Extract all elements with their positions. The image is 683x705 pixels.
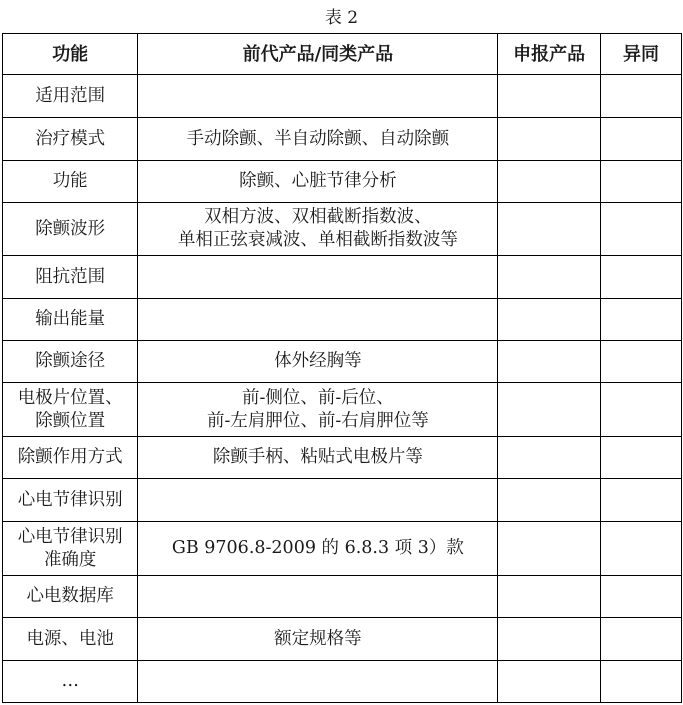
predicate-cell [138,299,498,341]
feature-cell-text: 除颤波形 [5,218,135,241]
difference-cell [600,299,681,341]
predicate-cell [138,576,498,618]
predicate-cell: 除颤、心脏节律分析 [138,161,498,203]
predicate-cell-text: 除颤、心脏节律分析 [140,170,495,193]
feature-cell: 功能 [3,161,138,203]
applied-cell [498,256,601,299]
predicate-cell-text: 除颤手柄、粘贴式电极片等 [140,446,495,469]
feature-cell-text: 除颤途径 [5,350,135,373]
header-applied-product: 申报产品 [498,34,601,75]
feature-cell: 治疗模式 [3,118,138,161]
table-row: … [3,661,682,703]
feature-cell: 除颤波形 [3,203,138,256]
feature-cell: 适用范围 [3,75,138,118]
table-row: 输出能量 [3,299,682,341]
predicate-cell-text: 额定规格等 [140,628,495,651]
feature-cell-text: 功能 [5,170,135,193]
feature-cell-text: 电源、电池 [5,628,135,651]
applied-cell [498,576,601,618]
applied-cell [498,118,601,161]
predicate-cell: 体外经胸等 [138,341,498,383]
difference-cell [600,203,681,256]
table-row: 除颤波形双相方波、双相截断指数波、 单相正弦衰减波、单相截断指数波等 [3,203,682,256]
table-row: 心电节律识别 [3,479,682,522]
feature-cell-text: 电极片位置、 除颤位置 [5,387,135,433]
feature-cell-text: 适用范围 [5,85,135,108]
feature-cell: 阻抗范围 [3,256,138,299]
difference-cell [600,383,681,437]
predicate-cell [138,256,498,299]
table-row: 阻抗范围 [3,256,682,299]
table-row: 功能除颤、心脏节律分析 [3,161,682,203]
difference-cell [600,479,681,522]
table-row: 电极片位置、 除颤位置前-侧位、前-后位、 前-左肩胛位、前-右肩胛位等 [3,383,682,437]
predicate-cell: 手动除颤、半自动除颤、自动除颤 [138,118,498,161]
predicate-cell-text: 双相方波、双相截断指数波、 单相正弦衰减波、单相截断指数波等 [140,206,495,252]
predicate-cell-text: GB 9706.8-2009 的 6.8.3 项 3）款 [140,537,495,560]
difference-cell [600,576,681,618]
difference-cell [600,522,681,576]
predicate-cell: 双相方波、双相截断指数波、 单相正弦衰减波、单相截断指数波等 [138,203,498,256]
table-row: 除颤作用方式除颤手柄、粘贴式电极片等 [3,437,682,479]
feature-cell: 除颤作用方式 [3,437,138,479]
feature-cell-text: 除颤作用方式 [5,446,135,469]
predicate-cell-text: 前-侧位、前-后位、 前-左肩胛位、前-右肩胛位等 [140,387,495,433]
predicate-cell: 除颤手柄、粘贴式电极片等 [138,437,498,479]
feature-cell-text: 心电数据库 [5,585,135,608]
applied-cell [498,341,601,383]
feature-cell: 心电数据库 [3,576,138,618]
predicate-cell [138,661,498,703]
applied-cell [498,161,601,203]
applied-cell [498,75,601,118]
predicate-cell: 前-侧位、前-后位、 前-左肩胛位、前-右肩胛位等 [138,383,498,437]
feature-cell: 输出能量 [3,299,138,341]
feature-cell-text: 心电节律识别 准确度 [5,526,135,572]
predicate-cell [138,75,498,118]
header-row: 功能 前代产品/同类产品 申报产品 异同 [3,34,682,75]
header-predicate-product: 前代产品/同类产品 [138,34,498,75]
feature-cell: 电极片位置、 除颤位置 [3,383,138,437]
feature-cell-text: 心电节律识别 [5,489,135,512]
predicate-cell: GB 9706.8-2009 的 6.8.3 项 3）款 [138,522,498,576]
table-caption: 表 2 [0,8,683,28]
feature-cell: 心电节律识别 [3,479,138,522]
feature-cell-text: … [5,670,135,693]
feature-cell-text: 输出能量 [5,308,135,331]
predicate-cell-text: 体外经胸等 [140,350,495,373]
applied-cell [498,522,601,576]
table-row: 适用范围 [3,75,682,118]
feature-cell-text: 治疗模式 [5,128,135,151]
applied-cell [498,618,601,661]
table-row: 除颤途径体外经胸等 [3,341,682,383]
feature-cell: 除颤途径 [3,341,138,383]
difference-cell [600,341,681,383]
difference-cell [600,661,681,703]
difference-cell [600,161,681,203]
applied-cell [498,661,601,703]
feature-cell: 电源、电池 [3,618,138,661]
difference-cell [600,437,681,479]
table-row: 心电数据库 [3,576,682,618]
difference-cell [600,118,681,161]
table-row: 治疗模式手动除颤、半自动除颤、自动除颤 [3,118,682,161]
difference-cell [600,256,681,299]
feature-cell: 心电节律识别 准确度 [3,522,138,576]
predicate-cell-text: 手动除颤、半自动除颤、自动除颤 [140,128,495,151]
predicate-cell: 额定规格等 [138,618,498,661]
feature-cell-text: 阻抗范围 [5,266,135,289]
predicate-cell [138,479,498,522]
applied-cell [498,383,601,437]
feature-cell: … [3,661,138,703]
applied-cell [498,203,601,256]
header-feature: 功能 [3,34,138,75]
difference-cell [600,75,681,118]
applied-cell [498,437,601,479]
header-difference: 异同 [600,34,681,75]
applied-cell [498,299,601,341]
comparison-table: 功能 前代产品/同类产品 申报产品 异同 适用范围治疗模式手动除颤、半自动除颤、… [2,33,682,703]
table-body: 适用范围治疗模式手动除颤、半自动除颤、自动除颤功能除颤、心脏节律分析除颤波形双相… [3,75,682,703]
table-row: 电源、电池额定规格等 [3,618,682,661]
applied-cell [498,479,601,522]
table-row: 心电节律识别 准确度GB 9706.8-2009 的 6.8.3 项 3）款 [3,522,682,576]
difference-cell [600,618,681,661]
